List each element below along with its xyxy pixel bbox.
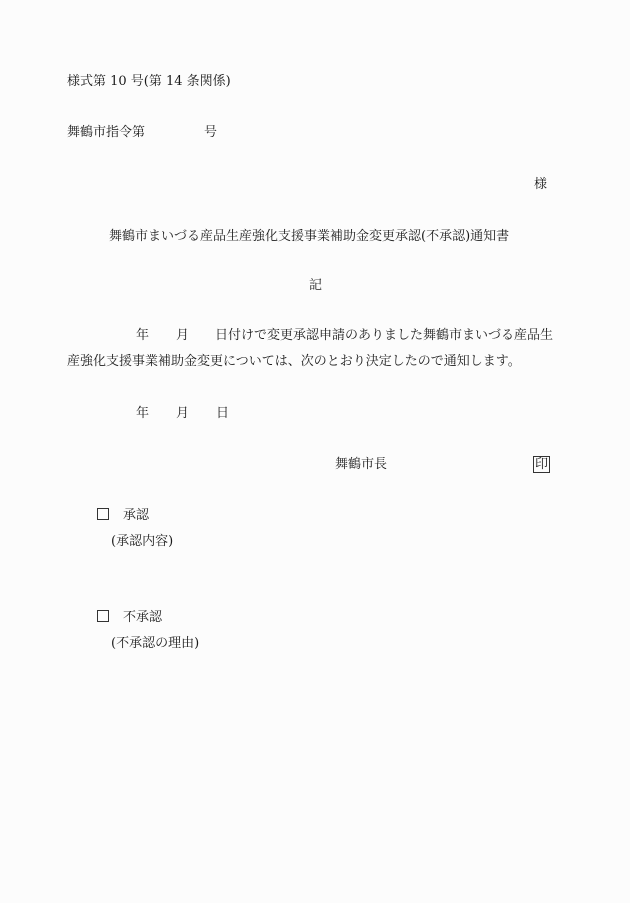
- form-number: 様式第 10 号(第 14 条関係): [67, 74, 231, 90]
- option-approve: 承認: [97, 508, 149, 524]
- addressee-suffix: 様: [534, 177, 547, 193]
- seal-stamp: 印: [533, 456, 550, 473]
- date-day: 日: [216, 406, 229, 422]
- document-title: 舞鶴市まいづる産品生産強化支援事業補助金変更承認(不承認)通知書: [109, 229, 509, 245]
- option-reject: 不承認: [97, 610, 162, 626]
- command-number-prefix: 舞鶴市指令第: [67, 125, 145, 140]
- date-month: 月: [176, 406, 189, 422]
- approve-checkbox[interactable]: [97, 508, 109, 520]
- ki-heading: 記: [309, 278, 322, 294]
- reject-detail: (不承認の理由): [111, 636, 199, 652]
- date-year: 年: [136, 406, 149, 422]
- approve-label: 承認: [123, 508, 149, 523]
- command-number-suffix: 号: [204, 125, 217, 141]
- body-paragraph-line2: 産強化支援事業補助金変更については、次のとおり決定したので通知します。: [67, 354, 521, 370]
- reject-label: 不承認: [123, 610, 162, 625]
- issuer-name: 舞鶴市長: [335, 457, 387, 473]
- body-month: 月: [176, 328, 189, 344]
- command-number-line: 舞鶴市指令第 号: [67, 125, 145, 141]
- body-year: 年: [136, 328, 149, 344]
- body-text-line1: 日付けで変更承認申請のありました舞鶴市まいづる産品生: [215, 328, 553, 344]
- reject-checkbox[interactable]: [97, 610, 109, 622]
- approve-detail: (承認内容): [111, 534, 173, 550]
